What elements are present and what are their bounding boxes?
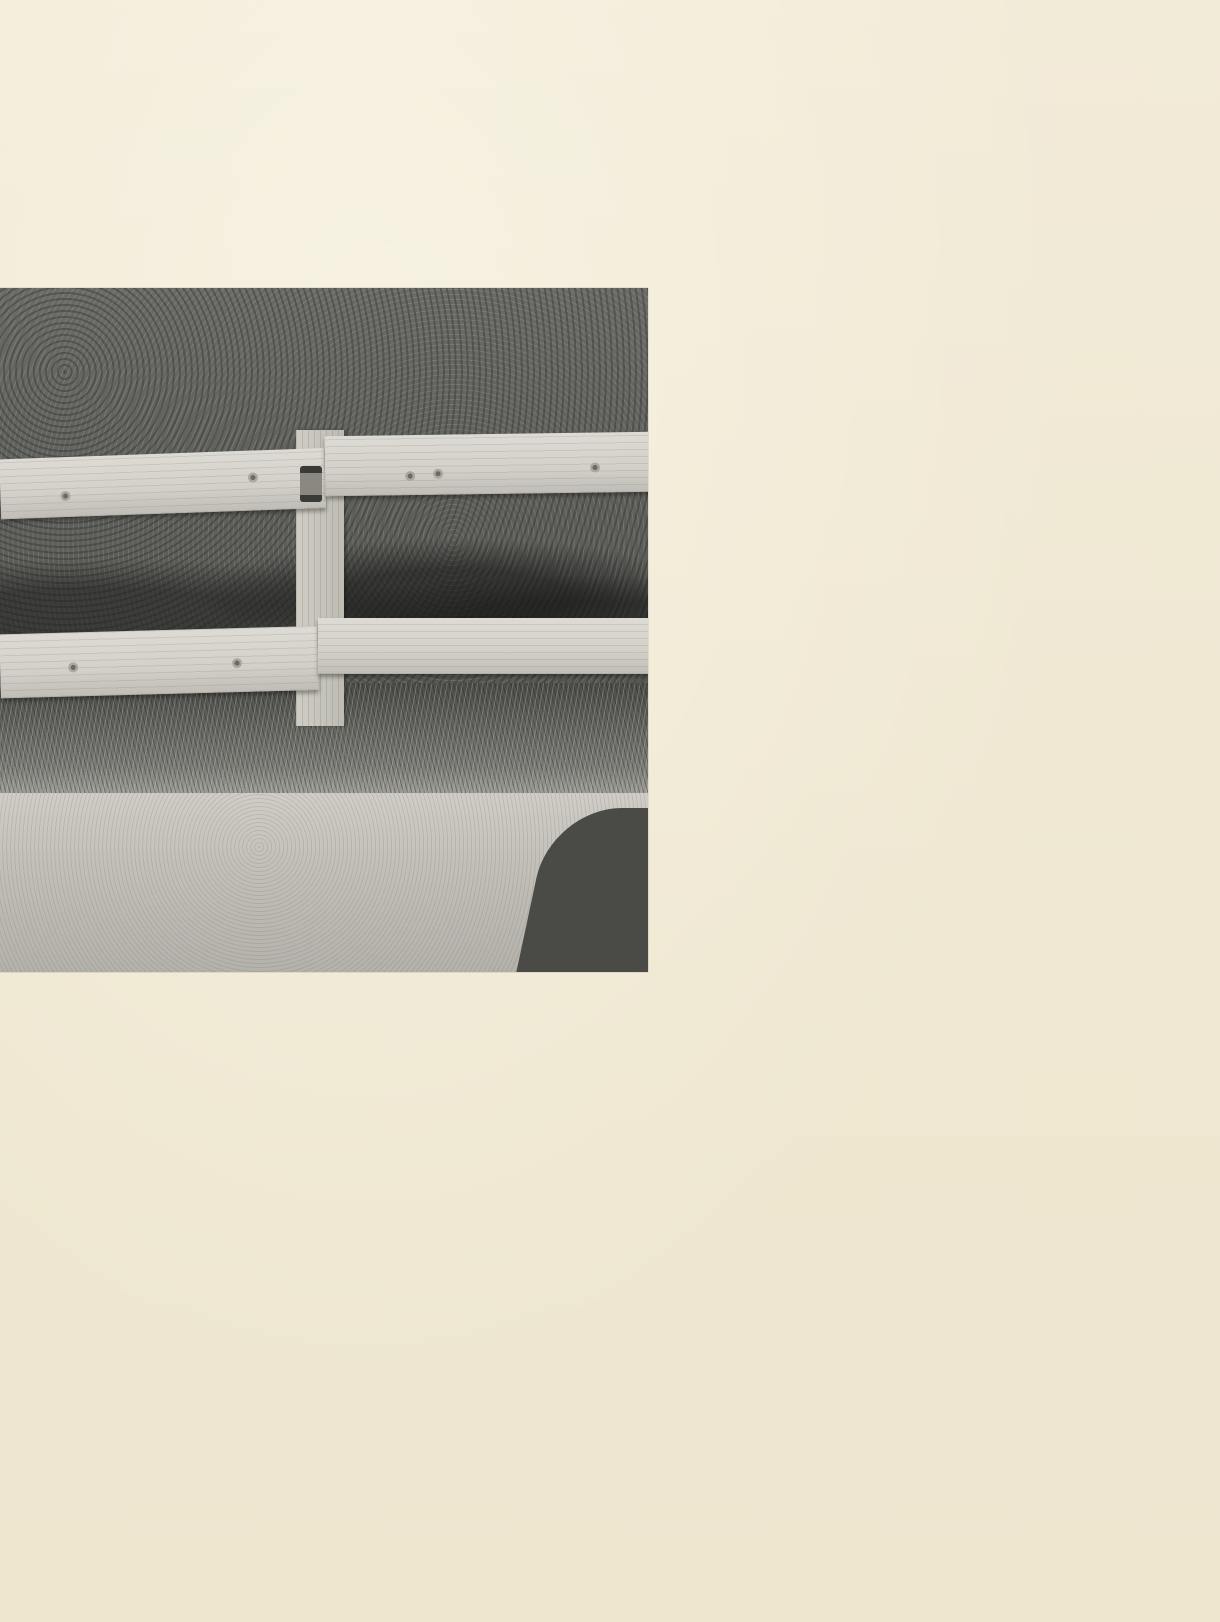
- upper-rail-right: [325, 432, 648, 497]
- mounted-photograph: [0, 288, 648, 972]
- wood-knot: [248, 472, 258, 482]
- metal-hinge: [300, 466, 322, 502]
- lower-rail-right: [318, 618, 648, 674]
- wood-knot: [405, 471, 415, 481]
- wood-knot: [68, 662, 78, 672]
- lower-rail-left: [0, 626, 319, 698]
- wood-knot: [60, 491, 70, 501]
- wood-knot: [232, 658, 242, 668]
- album-page: [0, 0, 1220, 1622]
- wood-knot: [590, 462, 600, 472]
- upper-rail-left: [0, 448, 326, 519]
- wood-knot: [433, 469, 443, 479]
